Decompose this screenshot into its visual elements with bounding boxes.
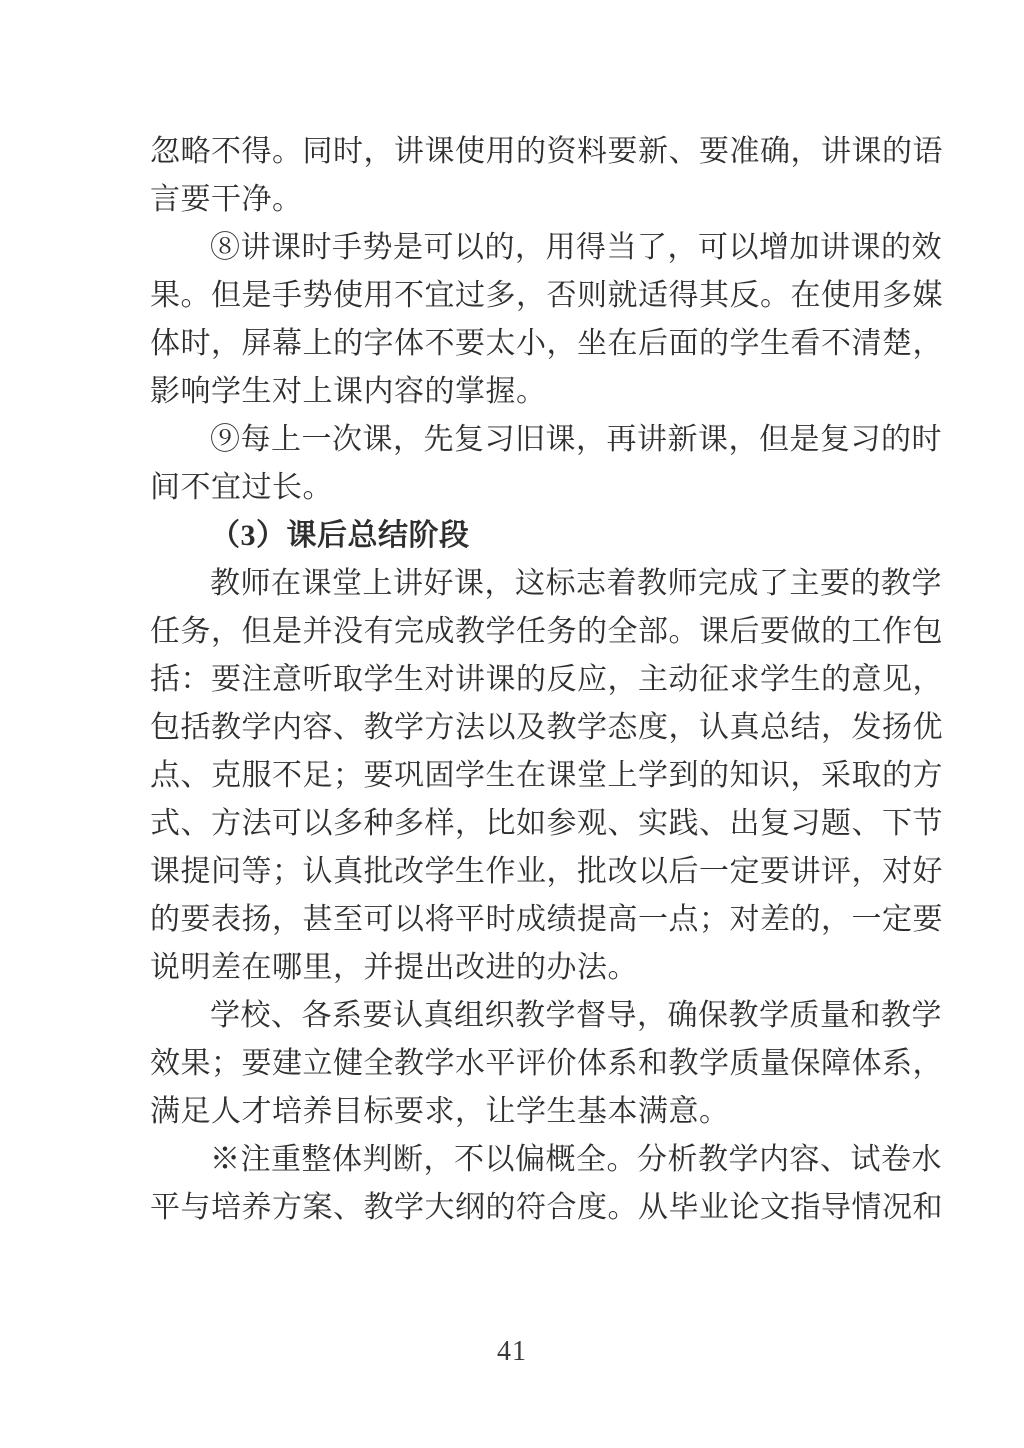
text-line: ※注重整体判断，不以偏概全。分析教学内容、试卷水 [150,1136,872,1184]
text-line: 影响学生对上课内容的掌握。 [150,368,872,416]
document-body: 忽略不得。同时，讲课使用的资料要新、要准确，讲课的语 言要干净。 ⑧讲课时手势是… [150,128,872,1232]
section-heading: （3）课后总结阶段 [150,512,872,560]
text-line: 说明差在哪里，并提出改进的办法。 [150,944,872,992]
text-line: ⑧讲课时手势是可以的，用得当了，可以增加讲课的效 [150,224,872,272]
text-line: 忽略不得。同时，讲课使用的资料要新、要准确，讲课的语 [150,128,872,176]
document-page: 忽略不得。同时，讲课使用的资料要新、要准确，讲课的语 言要干净。 ⑧讲课时手势是… [0,0,1024,1448]
text-line: ⑨每上一次课，先复习旧课，再讲新课，但是复习的时 [150,416,872,464]
text-line: 的要表扬，甚至可以将平时成绩提高一点；对差的，一定要 [150,896,872,944]
text-line: 包括教学内容、教学方法以及教学态度，认真总结，发扬优 [150,704,872,752]
text-line: 学校、各系要认真组织教学督导，确保教学质量和教学 [150,992,872,1040]
page-number: 41 [0,1336,1024,1368]
text-line: 间不宜过长。 [150,464,872,512]
text-line: 任务，但是并没有完成教学任务的全部。课后要做的工作包 [150,608,872,656]
text-line: 点、克服不足；要巩固学生在课堂上学到的知识，采取的方 [150,752,872,800]
text-line: 言要干净。 [150,176,872,224]
text-line: 括：要注意听取学生对讲课的反应，主动征求学生的意见， [150,656,872,704]
text-line: 体时，屏幕上的字体不要太小，坐在后面的学生看不清楚， [150,320,872,368]
text-line: 式、方法可以多种多样，比如参观、实践、出复习题、下节 [150,800,872,848]
text-line: 平与培养方案、教学大纲的符合度。从毕业论文指导情况和 [150,1184,872,1232]
text-line: 课提问等；认真批改学生作业，批改以后一定要讲评，对好 [150,848,872,896]
text-line: 果。但是手势使用不宜过多，否则就适得其反。在使用多媒 [150,272,872,320]
text-line: 满足人才培养目标要求，让学生基本满意。 [150,1088,872,1136]
text-line: 教师在课堂上讲好课，这标志着教师完成了主要的教学 [150,560,872,608]
text-line: 效果；要建立健全教学水平评价体系和教学质量保障体系， [150,1040,872,1088]
